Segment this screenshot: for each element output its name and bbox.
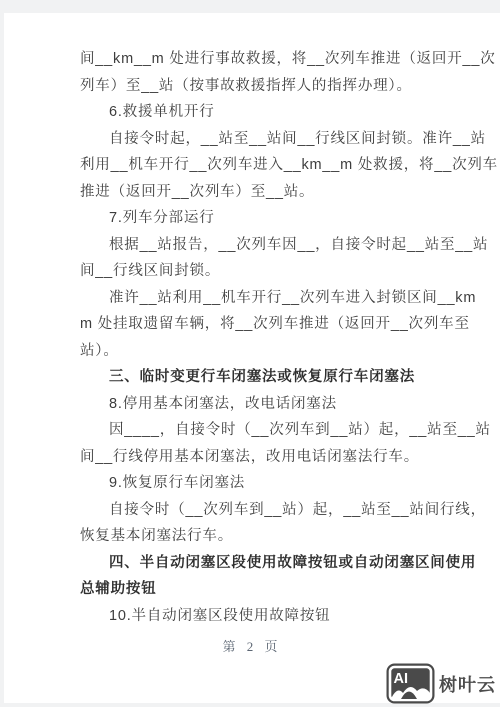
document-line: 站）。 bbox=[80, 338, 492, 365]
document-line: 间__km__m 处进行事故救援，将__次列车推进（返回开__次 bbox=[80, 46, 492, 73]
document-line: 10.半自动闭塞区段使用故障按钮 bbox=[80, 603, 492, 630]
document-line: 利用__机车开行__次列车进入__km__m 处救援，将__次列车 bbox=[80, 152, 492, 179]
ai-image-icon: AI bbox=[386, 663, 435, 704]
document-line: 准许__站利用__机车开行__次列车进入封锁区间__km bbox=[80, 285, 492, 312]
document-line: 根据__站报告，__次列车因__，自接令时起__站至__站 bbox=[80, 232, 492, 259]
document-line: m 处挂取遗留车辆，将__次列车推进（返回开__次列车至 bbox=[80, 311, 492, 338]
page-number: 第 2 页 bbox=[4, 636, 500, 655]
document-line: 6.救援单机开行 bbox=[80, 99, 492, 126]
document-line: 8.停用基本闭塞法，改电话闭塞法 bbox=[80, 391, 492, 418]
watermark-brand-text: 树叶云 bbox=[439, 671, 496, 697]
document-heading-line: 四、半自动闭塞区段使用故障按钮或自动闭塞区间使用 bbox=[80, 550, 492, 577]
watermark: AI 树叶云 bbox=[386, 663, 496, 704]
document-line: 自接令时起，__站至__站间__行线区间封锁。准许__站 bbox=[80, 126, 492, 153]
document-line: 9.恢复原行车闭塞法 bbox=[80, 470, 492, 497]
document-line: 间__行线区间封锁。 bbox=[80, 258, 492, 285]
document-page: 间__km__m 处进行事故救援，将__次列车推进（返回开__次列车）至__站（… bbox=[4, 13, 500, 703]
document-line: 恢复基本闭塞法行车。 bbox=[80, 523, 492, 550]
document-line: 推进（返回开__次列车）至__站。 bbox=[80, 179, 492, 206]
document-heading-line: 三、临时变更行车闭塞法或恢复原行车闭塞法 bbox=[80, 364, 492, 391]
document-line: 自接令时（__次列车到__站）起，__站至__站间行线， bbox=[80, 497, 492, 524]
document-line: 列车）至__站（按事故救援指挥人的指挥办理）。 bbox=[80, 73, 492, 100]
ai-icon-label: AI bbox=[394, 671, 409, 687]
document-line: 间__行线停用基本闭塞法，改用电话闭塞法行车。 bbox=[80, 444, 492, 471]
document-heading-line: 总辅助按钮 bbox=[80, 576, 492, 603]
document-lines: 间__km__m 处进行事故救援，将__次列车推进（返回开__次列车）至__站（… bbox=[80, 46, 492, 629]
document-line: 7.列车分部运行 bbox=[80, 205, 492, 232]
document-line: 因____，自接令时（__次列车到__站）起，__站至__站 bbox=[80, 417, 492, 444]
